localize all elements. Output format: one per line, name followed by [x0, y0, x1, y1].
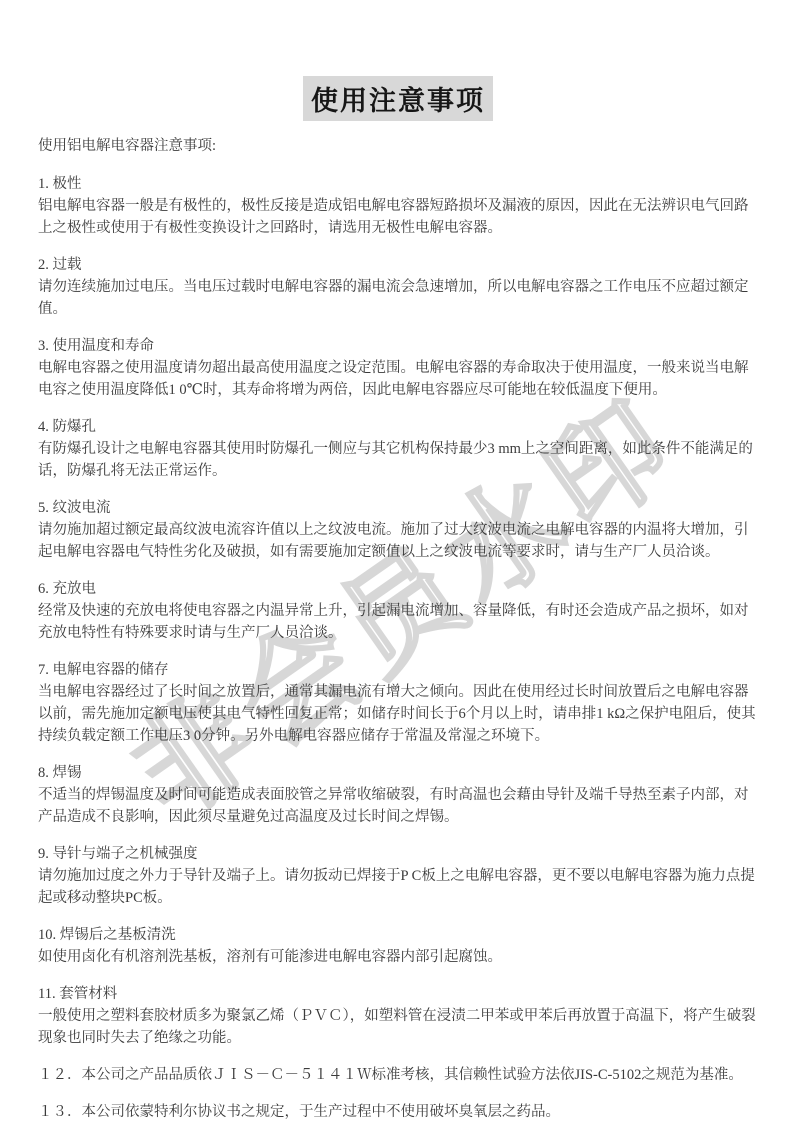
section-heading: 10. 焊锡后之基板清洗 [38, 924, 758, 946]
section-heading: 2. 过载 [38, 254, 758, 276]
section-body: 电解电容器之使用温度请勿超出最高使用温度之设定范围。电解电容器的寿命取决于使用温… [38, 357, 758, 401]
title-row: 使用注意事项 [38, 76, 758, 121]
section-1-polarity: 1. 极性 铝电解电容器一般是有极性的，极性反接是造成铝电解电容器短路损坏及漏液… [38, 173, 758, 239]
section-body: 不适当的焊锡温度及时间可能造成表面胶管之异常收缩破裂，有时高温也会藉由导针及端千… [38, 784, 758, 828]
section-8-soldering: 8. 焊锡 不适当的焊锡温度及时间可能造成表面胶管之异常收缩破裂，有时高温也会藉… [38, 762, 758, 828]
section-body: 有防爆孔设计之电解电容器其使用时防爆孔一侧应与其它机构保持最少3 mm上之空间距… [38, 438, 758, 482]
section-body: 请勿施加超过额定最高纹波电流容许值以上之纹波电流。施加了过大纹波电流之电解电容器… [38, 519, 758, 563]
section-6-charge-discharge: 6. 充放电 经常及快速的充放电将使电容器之内温异常上升，引起漏电流增加、容量降… [38, 578, 758, 644]
section-body: 经常及快速的充放电将使电容器之内温异常上升，引起漏电流增加、容量降低，有时还会造… [38, 600, 758, 644]
section-heading: 8. 焊锡 [38, 762, 758, 784]
section-body: 铝电解电容器一般是有极性的，极性反接是造成铝电解电容器短路损坏及漏液的原因，因此… [38, 195, 758, 239]
section-body: 请勿连续施加过电压。当电压过载时电解电容器的漏电流会急速增加，所以电解电容器之工… [38, 276, 758, 320]
section-heading: 5. 纹波电流 [38, 497, 758, 519]
section-body: １２．本公司之产品品质依ＪＩＳ－Ｃ－５１４１Ｗ标准考核，其信赖性试验方法依JIS… [38, 1064, 758, 1086]
section-body: １３．本公司依蒙特利尔协议书之规定，于生产过程中不使用破坏臭氧层之药品。 [38, 1101, 758, 1123]
section-4-vent: 4. 防爆孔 有防爆孔设计之电解电容器其使用时防爆孔一侧应与其它机构保持最少3 … [38, 416, 758, 482]
section-12-quality-standard: １２．本公司之产品品质依ＪＩＳ－Ｃ－５１４１Ｗ标准考核，其信赖性试验方法依JIS… [38, 1064, 758, 1086]
section-10-board-cleaning: 10. 焊锡后之基板清洗 如使用卤化有机溶剂洗基板，溶剂有可能渗进电解电容器内部… [38, 924, 758, 968]
document-page: 非会员水印 使用注意事项 使用铝电解电容器注意事项: 1. 极性 铝电解电容器一… [0, 0, 794, 1123]
section-heading: 4. 防爆孔 [38, 416, 758, 438]
section-body: 当电解电容器经过了长时间之放置后，通常其漏电流有增大之倾向。因此在使用经过长时间… [38, 681, 758, 747]
section-13-montreal-protocol: １３．本公司依蒙特利尔协议书之规定，于生产过程中不使用破坏臭氧层之药品。 [38, 1101, 758, 1123]
section-heading: 1. 极性 [38, 173, 758, 195]
section-9-lead-strength: 9. 导针与端子之机械强度 请勿施加过度之外力于导针及端子上。请勿扳动已焊接于P… [38, 843, 758, 909]
section-3-temperature-life: 3. 使用温度和寿命 电解电容器之使用温度请勿超出最高使用温度之设定范围。电解电… [38, 335, 758, 401]
section-2-overload: 2. 过载 请勿连续施加过电压。当电压过载时电解电容器的漏电流会急速增加，所以电… [38, 254, 758, 320]
document-content: 使用注意事项 使用铝电解电容器注意事项: 1. 极性 铝电解电容器一般是有极性的… [0, 0, 794, 1123]
section-heading: 9. 导针与端子之机械强度 [38, 843, 758, 865]
section-heading: 6. 充放电 [38, 578, 758, 600]
section-body: 请勿施加过度之外力于导针及端子上。请勿扳动已焊接于P C板上之电解电容器，更不要… [38, 865, 758, 909]
page-title: 使用注意事项 [303, 76, 493, 121]
section-heading: 3. 使用温度和寿命 [38, 335, 758, 357]
section-body: 一般使用之塑料套胶材质多为聚氯乙烯（ＰＶＣ），如塑料管在浸渍二甲苯或甲苯后再放置… [38, 1005, 758, 1049]
section-heading: 7. 电解电容器的储存 [38, 659, 758, 681]
section-heading: 11. 套管材料 [38, 983, 758, 1005]
section-5-ripple-current: 5. 纹波电流 请勿施加超过额定最高纹波电流容许值以上之纹波电流。施加了过大纹波… [38, 497, 758, 563]
section-body: 如使用卤化有机溶剂洗基板，溶剂有可能渗进电解电容器内部引起腐蚀。 [38, 946, 758, 968]
section-7-storage: 7. 电解电容器的储存 当电解电容器经过了长时间之放置后，通常其漏电流有增大之倾… [38, 659, 758, 747]
intro-text: 使用铝电解电容器注意事项: [38, 135, 758, 157]
section-11-sleeve-material: 11. 套管材料 一般使用之塑料套胶材质多为聚氯乙烯（ＰＶＣ），如塑料管在浸渍二… [38, 983, 758, 1049]
